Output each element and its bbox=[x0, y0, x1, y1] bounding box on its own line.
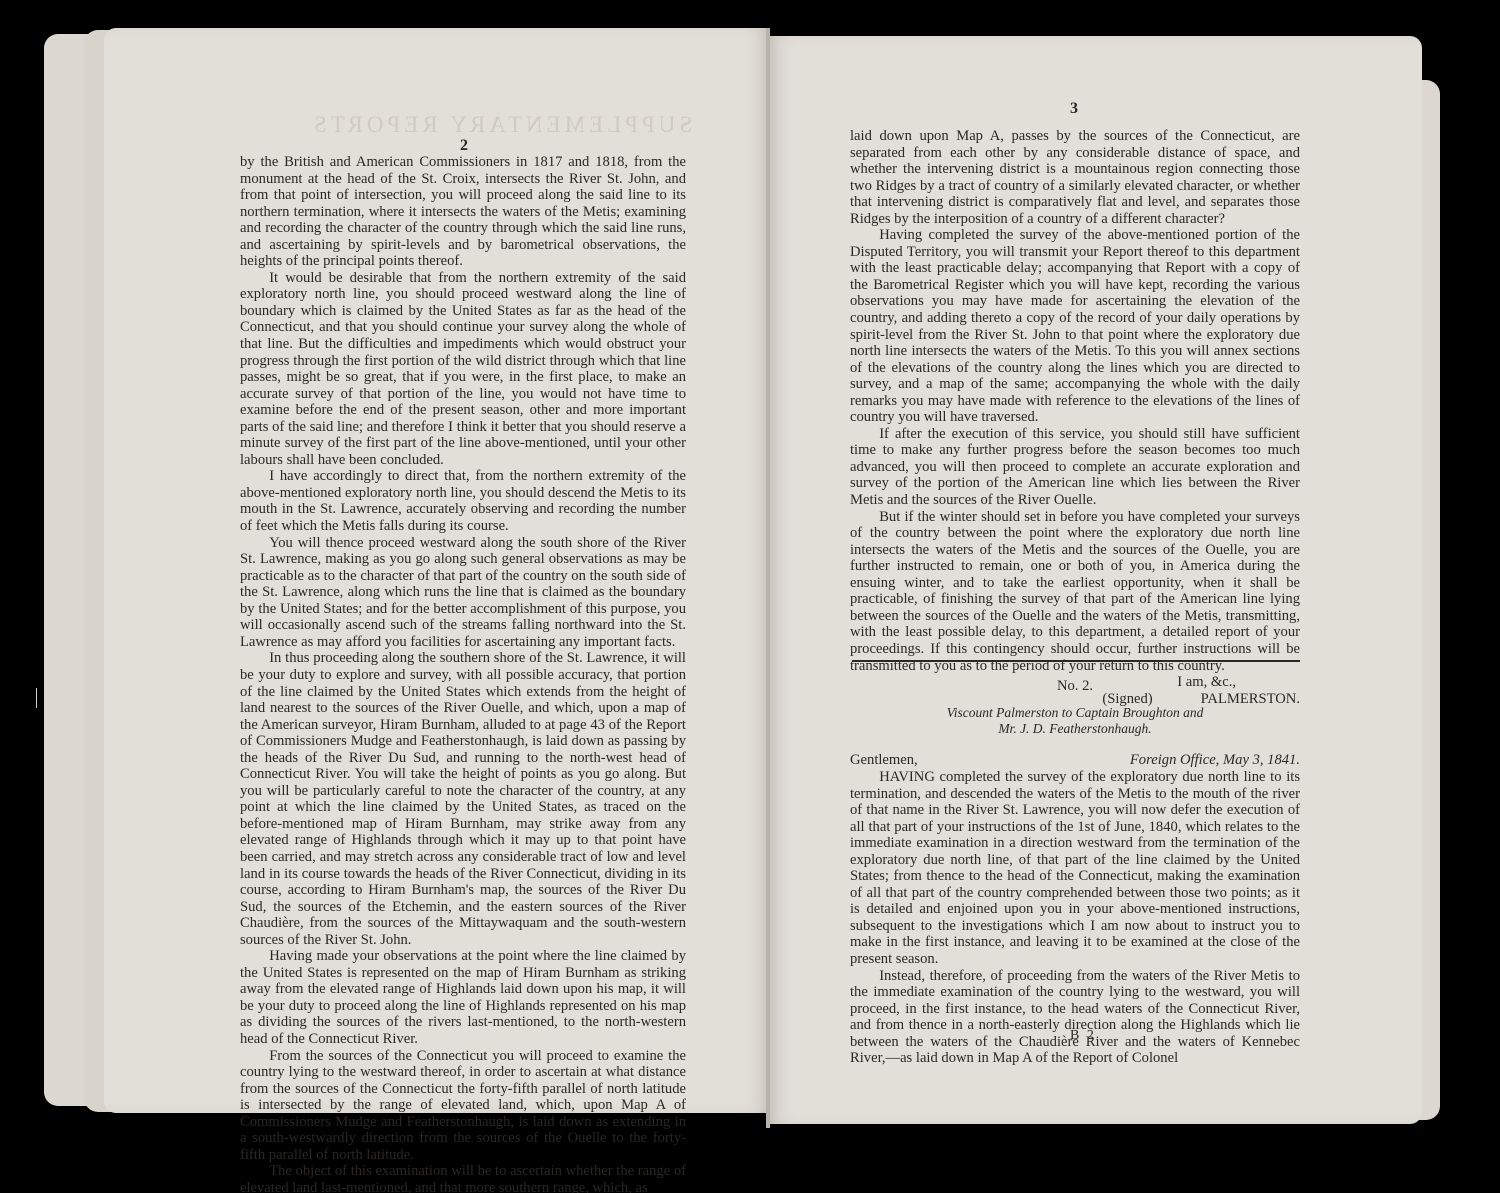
dateline: Foreign Office, May 3, 1841. bbox=[1130, 752, 1300, 769]
date: May 3, 1841. bbox=[1223, 752, 1300, 768]
letter-2-body: HAVING completed the survey of the explo… bbox=[850, 769, 1300, 1067]
show-through-header: SUPPLEMENTARY REPORTS bbox=[310, 112, 692, 138]
section-divider bbox=[852, 660, 1300, 662]
paragraph: The object of this examination will be t… bbox=[240, 1163, 686, 1193]
place: Foreign Office, bbox=[1130, 752, 1219, 768]
letter-heading: Viscount Palmerston to Captain Broughton… bbox=[850, 705, 1300, 737]
paragraph: You will thence proceed westward along t… bbox=[240, 535, 686, 651]
paragraph: I have accordingly to direct that, from … bbox=[240, 468, 686, 534]
printer-signature-mark: B 2 bbox=[1070, 1028, 1096, 1044]
heading-line: Viscount Palmerston to Captain Broughton… bbox=[850, 705, 1300, 721]
page-number-left: 2 bbox=[460, 137, 468, 155]
paragraph: Having completed the survey of the above… bbox=[850, 227, 1300, 426]
left-page-body: by the British and American Commissioner… bbox=[240, 154, 686, 1193]
paragraph: If after the execution of this service, … bbox=[850, 426, 1300, 509]
paragraph: Having made your observations at the poi… bbox=[240, 948, 686, 1047]
paragraph: From the sources of the Connecticut you … bbox=[240, 1048, 686, 1164]
document-number: No. 2. bbox=[850, 678, 1300, 695]
salutation-row: Gentlemen, Foreign Office, May 3, 1841. bbox=[850, 752, 1300, 769]
heading-line: Mr. J. D. Featherstonhaugh. bbox=[850, 721, 1300, 737]
book-gutter bbox=[766, 28, 770, 1128]
paragraph: Instead, therefore, of proceeding from t… bbox=[850, 968, 1300, 1067]
page-number-right: 3 bbox=[1070, 100, 1078, 118]
page-edge-mark bbox=[36, 688, 37, 708]
paragraph: In thus proceeding along the southern sh… bbox=[240, 650, 686, 948]
salutation: Gentlemen, bbox=[850, 752, 918, 769]
paragraph: It would be desirable that from the nort… bbox=[240, 270, 686, 469]
right-page-body: laid down upon Map A, passes by the sour… bbox=[850, 128, 1300, 707]
paragraph: laid down upon Map A, passes by the sour… bbox=[850, 128, 1300, 227]
paragraph: by the British and American Commissioner… bbox=[240, 154, 686, 270]
paragraph: HAVING completed the survey of the explo… bbox=[850, 769, 1300, 968]
paragraph: But if the winter should set in before y… bbox=[850, 509, 1300, 674]
